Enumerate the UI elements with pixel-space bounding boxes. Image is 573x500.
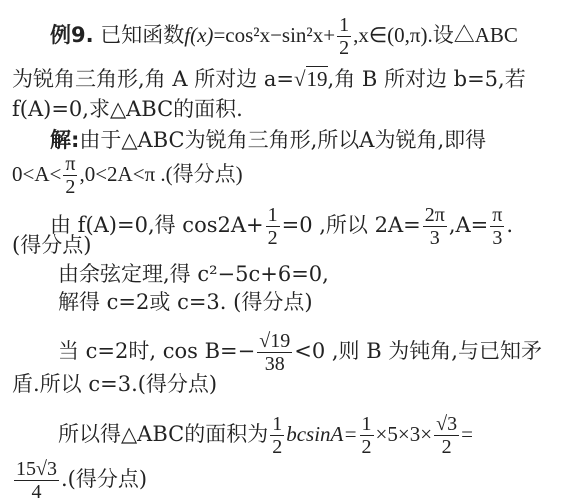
l3b: =0 ,所以 2A= bbox=[282, 213, 421, 237]
fraction-1-2: 12 bbox=[266, 204, 280, 249]
sqrt-19: √19 bbox=[294, 66, 328, 91]
line2-text: 为锐角三角形,角 A 所对边 a= bbox=[12, 67, 294, 91]
solution-line-9: 所以得△ABC的面积为12bcsinA=12×5×3×√32= bbox=[58, 413, 473, 458]
domain-text: ,x∈(0,π).设△ABC bbox=[353, 23, 518, 47]
l9c: ×5×3× bbox=[376, 422, 433, 446]
solution-label: 解: bbox=[50, 128, 79, 152]
l3d: . bbox=[506, 213, 513, 237]
ineq-b: ,0<2A<π .(得分点) bbox=[79, 162, 242, 186]
line2b-text: ,角 B 所对边 b=5,若 bbox=[328, 67, 526, 91]
l9d: = bbox=[461, 422, 473, 446]
l3c: ,A= bbox=[449, 213, 488, 237]
l7b: <0 ,则 B 为钝角,与已知矛 bbox=[294, 339, 542, 363]
l9b: bcsinA= bbox=[286, 422, 357, 446]
fraction-pi-2: π2 bbox=[63, 153, 77, 198]
function-name: f(x) bbox=[184, 23, 213, 47]
cosine-law-text: 由余弦定理,得 c²−5c+6=0, bbox=[58, 262, 329, 286]
problem-line-1: 例9. 已知函数f(x)=cos²x−sin²x+12,x∈(0,π).设△AB… bbox=[50, 14, 518, 59]
solution-line-8: 盾.所以 c=3.(得分点) bbox=[12, 372, 217, 396]
fraction-half: 12 bbox=[337, 14, 351, 59]
fraction-1-2-b: 12 bbox=[270, 413, 284, 458]
fraction-sqrt19-38: √1938 bbox=[257, 330, 292, 375]
score-point: (得分点) bbox=[12, 233, 91, 257]
problem-line-2: 为锐角三角形,角 A 所对边 a=√19,角 B 所对边 b=5,若 bbox=[12, 67, 526, 91]
solution-line-7: 当 c=2时, cos B=−√1938<0 ,则 B 为钝角,与已知矛 bbox=[58, 330, 542, 375]
fraction-pi-3: π3 bbox=[490, 204, 504, 249]
ineq-a: 0<A< bbox=[12, 162, 61, 186]
solution-line-6: 解得 c=2或 c=3. (得分点) bbox=[58, 290, 313, 314]
solution-line-1: 解:由于△ABC为锐角三角形,所以A为锐角,即得 bbox=[50, 128, 486, 152]
intro-text: 已知函数 bbox=[100, 23, 184, 47]
solution-line-4: (得分点) bbox=[12, 233, 91, 257]
l10: .(得分点) bbox=[61, 467, 147, 491]
solution-line-3: 由 f(A)=0,得 cos2A+12=0 ,所以 2A=2π3,A=π3. bbox=[50, 204, 513, 249]
function-expression: =cos²x−sin²x+ bbox=[213, 23, 335, 47]
solve-text: 解得 c=2或 c=3. (得分点) bbox=[58, 290, 313, 314]
solution-text-1: 由于△ABC为锐角三角形,所以A为锐角,即得 bbox=[79, 128, 486, 152]
fraction-final: 15√34 bbox=[14, 458, 59, 500]
problem-line-3: f(A)=0,求△ABC的面积. bbox=[12, 97, 243, 121]
line3-text: f(A)=0,求△ABC的面积. bbox=[12, 97, 243, 121]
solution-line-10: 15√34.(得分点) bbox=[12, 458, 147, 500]
fraction-1-2-c: 12 bbox=[360, 413, 374, 458]
l9a: 所以得△ABC的面积为 bbox=[58, 422, 268, 446]
solution-line-2: 0<A<π2,0<2A<π .(得分点) bbox=[12, 153, 243, 198]
example-label: 例9. bbox=[50, 23, 94, 47]
l8: 盾.所以 c=3.(得分点) bbox=[12, 372, 217, 396]
l7a: 当 c=2时, cos B=− bbox=[58, 339, 255, 363]
solution-line-5: 由余弦定理,得 c²−5c+6=0, bbox=[58, 262, 329, 286]
fraction-2pi-3: 2π3 bbox=[423, 204, 447, 249]
fraction-sqrt3-2: √32 bbox=[434, 413, 459, 458]
